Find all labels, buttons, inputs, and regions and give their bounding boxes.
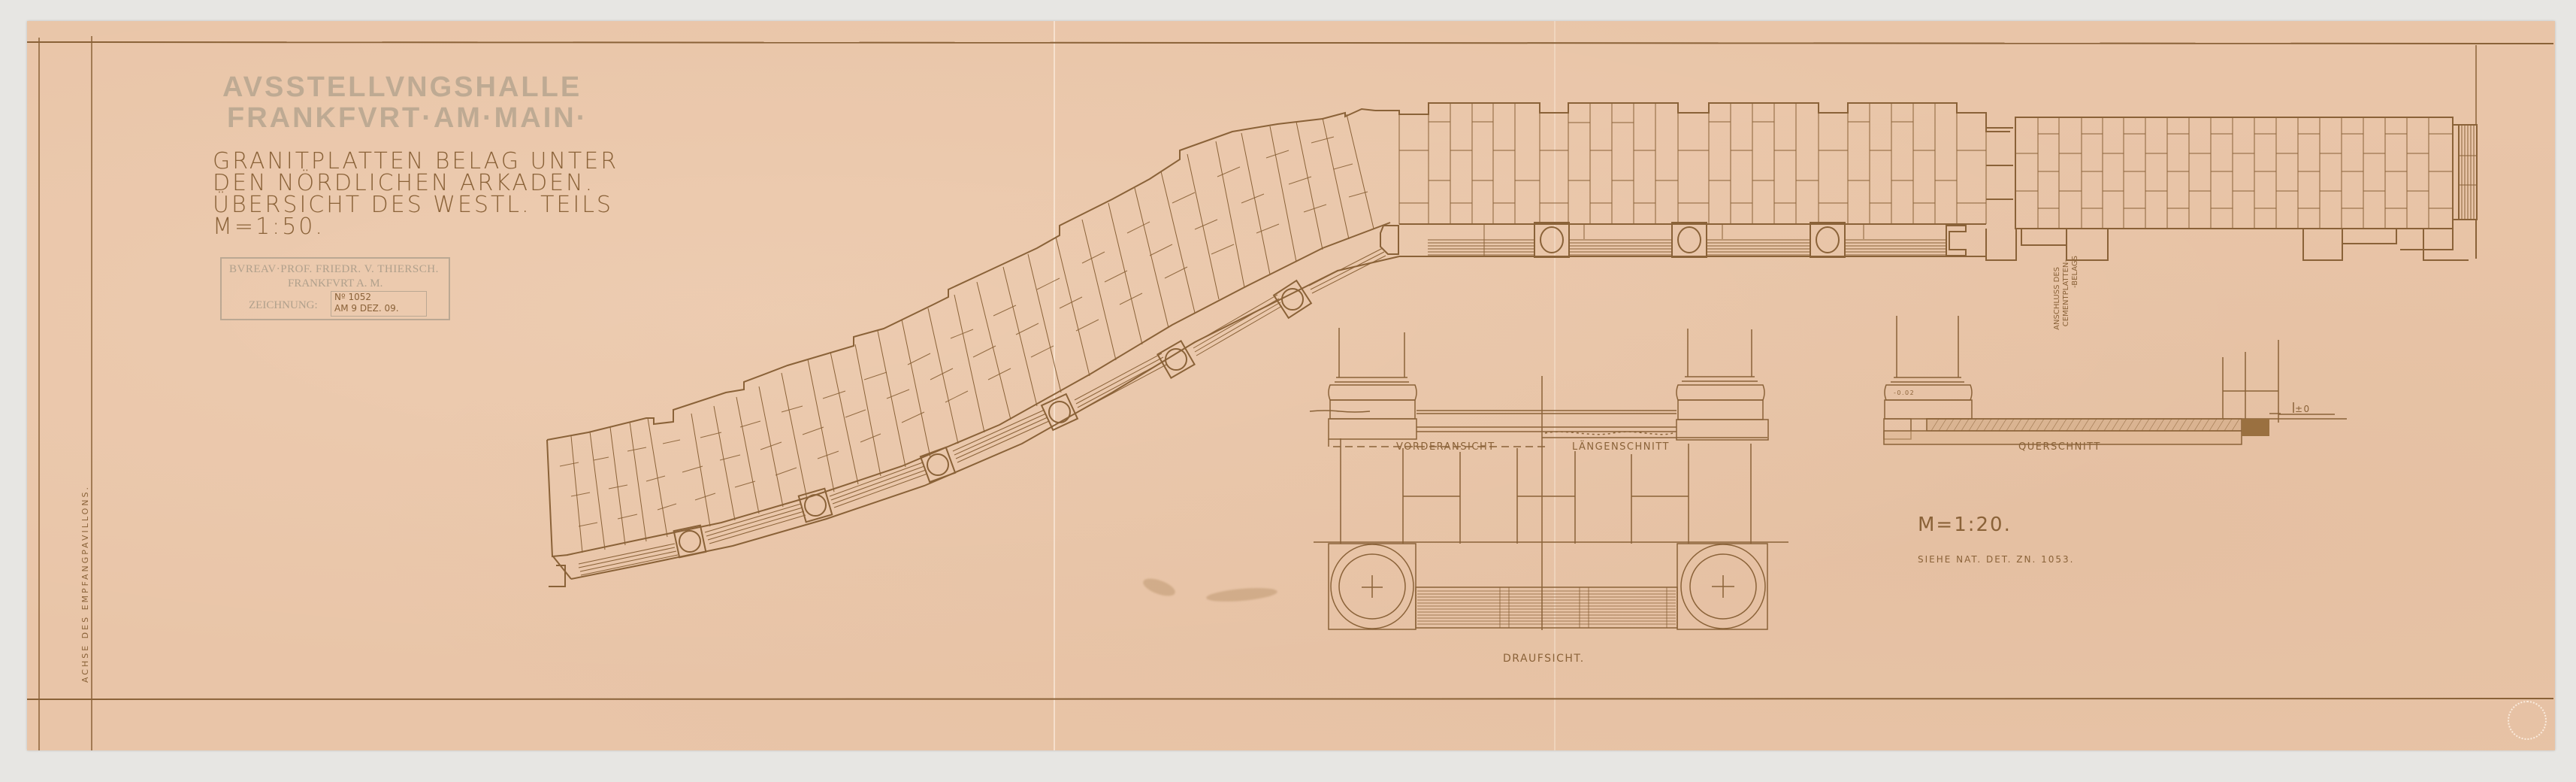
building-title: AVSSTELLVNGSHALLE [222, 72, 582, 102]
front-elevation-and-section [1310, 328, 1768, 630]
drawing-date: AM 9 DEZ. 09. [334, 303, 399, 314]
connection-note-2: CEMENTPLATTEN- [2062, 259, 2070, 326]
front-elevation-label: VORDERANSICHT [1396, 441, 1495, 453]
subtitle-line-1: GRANITPLATTEN BELAG UNTER [213, 150, 618, 172]
axis-label: ACHSE DES EMPFANGPAVILLONS. [80, 485, 90, 683]
top-border-line [27, 42, 2553, 44]
plan-west-block [1986, 117, 2477, 260]
detail-scale: M=1:20. [1918, 514, 2012, 536]
office-name: BVREAV·PROF. FRIEDR. V. THIERSCH. [229, 263, 439, 276]
detail-reference: SIEHE NAT. DET. ZN. 1053. [1918, 554, 2074, 565]
level-mark: ±0 [2295, 404, 2311, 414]
bottom-border-line [27, 699, 2553, 699]
connection-note: ANSCHLUSS DES [2053, 267, 2061, 330]
plan-straight-arcade [1375, 103, 2010, 257]
longitudinal-section-label: LÄNGENSCHNITT [1572, 441, 1670, 453]
drawing-subtitle: GRANITPLATTEN BELAG UNTER DEN NÖRDLICHEN… [213, 150, 618, 238]
city-title: FRANKFVRT·AM·MAIN· [227, 103, 588, 133]
connection-note-3: -BELAGS [2071, 256, 2079, 288]
archive-embossed-seal [2508, 701, 2547, 740]
cross-section-label: QUERSCHNITT [2018, 441, 2101, 453]
top-view [1314, 438, 1788, 629]
drawing-number-box: Nº 1052 AM 9 DEZ. 09. [331, 291, 427, 317]
drawing-number: Nº 1052 [334, 292, 371, 302]
plan-curved-arcade [547, 109, 1399, 586]
subtitle-line-3: ÜBERSICHT DES WESTL. TEILS [213, 194, 618, 216]
scale-label: M=1:50. [213, 216, 618, 238]
level-small-mark: -0.02 [1894, 389, 1915, 396]
drawing-label: ZEICHNUNG: [249, 299, 318, 312]
office-stamp: BVREAV·PROF. FRIEDR. V. THIERSCH. FRANKF… [220, 257, 450, 320]
top-view-label: DRAUFSICHT. [1503, 653, 1585, 665]
cross-section [1884, 316, 2347, 444]
subtitle-line-2: DEN NÖRDLICHEN ARKADEN. [213, 172, 618, 194]
office-city: FRANKFVRT A. M. [288, 277, 382, 290]
